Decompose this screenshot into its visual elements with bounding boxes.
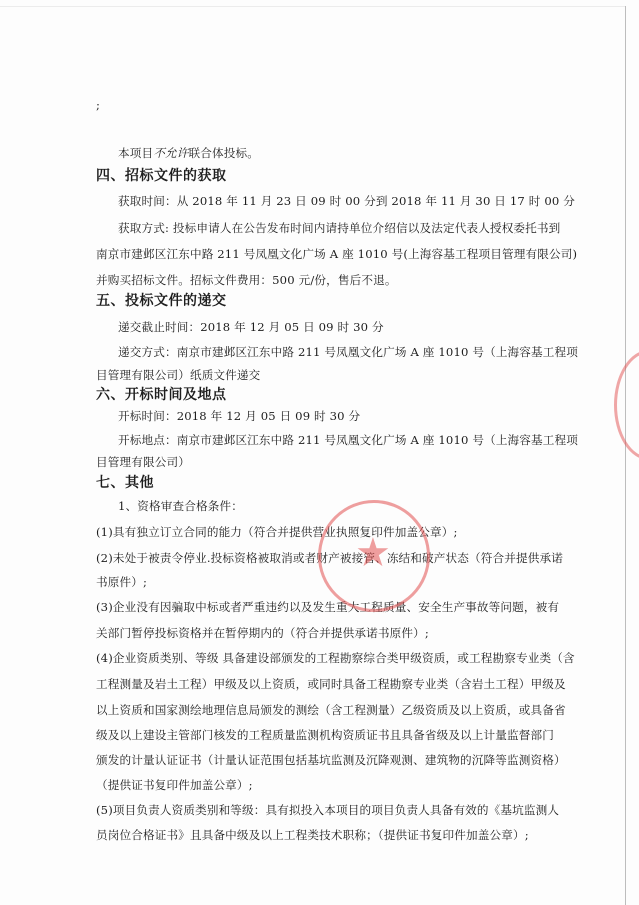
condition-4-line-5: 颁发的计量认证证书（计量认证范围包括基坑监测及沉降观测、建筑物的沉降等监测资格） — [96, 752, 566, 768]
section-7-heading: 七、其他 — [96, 475, 154, 491]
condition-4-line-3: 以上资质和国家测绘地理信息局颁发的测绘（含工程测量）乙级资质及以上资质，或具备省 — [96, 702, 566, 718]
page-right-edge — [625, 6, 626, 905]
condition-4-line-6: （提供证书复印件加盖公章）; — [96, 777, 253, 793]
sec5-deadline: 递交截止时间：2018 年 12 月 05 日 09 时 30 分 — [118, 319, 384, 335]
consortium-prefix: 本项目 — [118, 146, 153, 160]
sec4-method-3: 并购买招标文件。招标文件费用：500 元/份，售后不退。 — [96, 272, 397, 288]
condition-4-line-1: (4)企业资质类别、等级 具备建设部颁发的工程勘察综合类甲级资质，或工程勘察专业… — [96, 650, 575, 666]
page-top-edge — [0, 6, 625, 7]
condition-3-line-2: 关部门暂停投标资格并在暂停期内的（符合并提供承诺书原件）; — [96, 625, 429, 641]
condition-3-line-1: (3)企业没有因骗取中标或者严重违约以及发生重大工程质量、安全生产事故等问题，被… — [96, 599, 559, 615]
partial-seal — [614, 350, 639, 460]
condition-5-line-2: 员岗位合格证书》且具备中级及以上工程类技术职称；（提供证书复印件加盖公章）; — [96, 827, 529, 843]
section-6-heading: 六、开标时间及地点 — [96, 387, 227, 403]
consortium-suffix: 联合体投标。 — [188, 146, 258, 160]
condition-4-line-4: 级及以上建设主管部门核发的工程质量监测机构资质证书且具备省级及以上计量监督部门 — [96, 727, 554, 743]
sec6-place-1: 开标地点：南京市建邺区江东中路 211 号凤凰文化广场 A 座 1010 号（上… — [118, 432, 578, 448]
condition-4-line-2: 工程测量及岩土工程）甲级及以上资质，或同时具备工程勘察专业类（含岩土工程）甲级及 — [96, 676, 566, 692]
sec5-method-1: 递交方式：南京市建邺区江东中路 211 号凤凰文化广场 A 座 1010 号（上… — [118, 344, 578, 360]
sec6-time: 开标时间：2018 年 12 月 05 日 09 时 30 分 — [118, 408, 360, 424]
sec5-method-2: 目管理有限公司）纸质文件递交 — [96, 367, 260, 383]
consortium-line: 本项目不允许联合体投标。 — [118, 145, 259, 161]
sec6-place-2: 目管理有限公司） — [96, 454, 190, 470]
sec4-time: 获取时间：从 2018 年 11 月 23 日 09 时 00 分到 2018 … — [118, 193, 575, 209]
sec4-method-1: 获取方式: 投标申请人在公告发布时间内请持单位介绍信以及法定代表人授权委托书到 — [118, 220, 560, 236]
sec7-subheading: 1、资格审查合格条件： — [118, 498, 243, 514]
semicolon-line: ; — [96, 97, 100, 113]
company-seal: ★ — [318, 500, 430, 612]
condition-5-line-1: (5)项目负责人资质类别和等级：具有拟投入本项目的项目负责人具备有效的《基坑监测… — [96, 802, 559, 818]
condition-2-line-2: 书原件）; — [96, 574, 147, 590]
consortium-emphasis: 不允许 — [153, 146, 188, 160]
sec4-method-2: 南京市建邺区江东中路 211 号凤凰文化广场 A 座 1010 号(上海容基工程… — [96, 246, 577, 262]
star-icon: ★ — [355, 533, 391, 573]
section-5-heading: 五、投标文件的递交 — [96, 293, 227, 309]
section-4-heading: 四、招标文件的获取 — [96, 168, 227, 184]
